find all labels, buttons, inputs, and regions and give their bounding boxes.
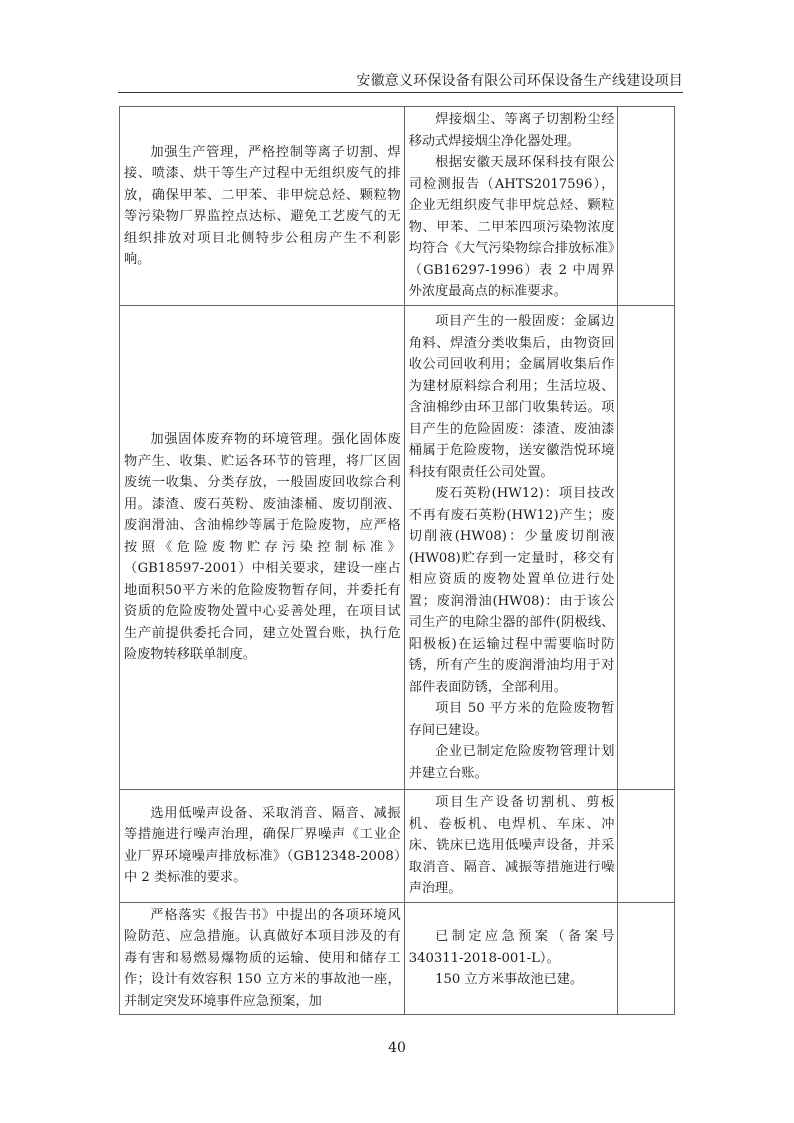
paragraph: 企业已制定危险废物管理计划并建立台账。 [409,741,615,784]
paragraph: 选用低噪声设备、采取消音、隔音、减振等措施进行噪声治理，确保厂界噪声《工业企业厂… [124,803,401,889]
paragraph: 焊接烟尘、等离子切割粉尘经移动式焊接烟尘净化器处理。 [409,109,615,152]
measures-table: 加强生产管理，严格控制等离子切割、焊接、喷漆、烘干等生产过程中无组织废气的排放，… [119,106,675,1015]
requirement-cell: 严格落实《报告书》中提出的各项环境风险防范、应急措施。认真做好本项目涉及的有毒有… [120,902,405,1015]
requirement-cell: 选用低噪声设备、采取消音、隔音、减振等措施进行噪声治理，确保厂界噪声《工业企业厂… [120,790,405,903]
requirement-cell: 加强生产管理，严格控制等离子切割、焊接、喷漆、烘干等生产过程中无组织废气的排放，… [120,107,405,306]
table-row-risk: 严格落实《报告书》中提出的各项环境风险防范、应急措施。认真做好本项目涉及的有毒有… [120,902,675,1015]
paragraph: 项目产生的一般固废：金属边角料、焊渣分类收集后，由物资回收公司回收利用；金属屑收… [409,311,615,483]
implementation-cell: 已制定应急预案（备案号340311-2018-001-L）。 150 立方米事故… [404,902,618,1015]
paragraph: 项目生产设备切割机、剪板机、卷板机、电焊机、车床、冲床、铣床已选用低噪声设备，并… [409,792,615,900]
remark-cell [618,790,675,903]
implementation-cell: 项目产生的一般固废：金属边角料、焊渣分类收集后，由物资回收公司回收利用；金属屑收… [404,306,618,790]
paragraph: 项目 50 平方米的危险废物暂存间已建设。 [409,698,615,741]
table-row-noise: 选用低噪声设备、采取消音、隔音、减振等措施进行噪声治理，确保厂界噪声《工业企业厂… [120,790,675,903]
paragraph: 加强固体废弃物的环境管理。强化固体废物产生、收集、贮运各环节的管理，将厂区固废统… [124,429,401,666]
paragraph: 根据安徽天晟环保科技有限公司检测报告（AHTS2017596），企业无组织废气非… [409,152,615,303]
paragraph: 150 立方米事故池已建。 [409,969,615,991]
paragraph: 已制定应急预案（备案号340311-2018-001-L）。 [409,926,615,969]
paragraph: 废石英粉(HW12)：项目技改不再有废石英粉(HW12)产生；废切削液(HW08… [409,483,615,698]
running-header: 安徽意义环保设备有限公司环保设备生产线建设项目 [118,72,683,93]
table-row-air: 加强生产管理，严格控制等离子切割、焊接、喷漆、烘干等生产过程中无组织废气的排放，… [120,107,675,306]
table-row-solid-waste: 加强固体废弃物的环境管理。强化固体废物产生、收集、贮运各环节的管理，将厂区固废统… [120,306,675,790]
remark-cell [618,306,675,790]
remark-cell [618,107,675,306]
paragraph: 加强生产管理，严格控制等离子切割、焊接、喷漆、烘干等生产过程中无组织废气的排放，… [124,142,401,271]
implementation-cell: 焊接烟尘、等离子切割粉尘经移动式焊接烟尘净化器处理。 根据安徽天晟环保科技有限公… [404,107,618,306]
page-number: 40 [0,1040,794,1056]
paragraph: 严格落实《报告书》中提出的各项环境风险防范、应急措施。认真做好本项目涉及的有毒有… [124,905,401,1013]
requirement-cell: 加强固体废弃物的环境管理。强化固体废物产生、收集、贮运各环节的管理，将厂区固废统… [120,306,405,790]
document-title: 安徽意义环保设备有限公司环保设备生产线建设项目 [356,73,683,89]
remark-cell [618,902,675,1015]
implementation-cell: 项目生产设备切割机、剪板机、卷板机、电焊机、车床、冲床、铣床已选用低噪声设备，并… [404,790,618,903]
